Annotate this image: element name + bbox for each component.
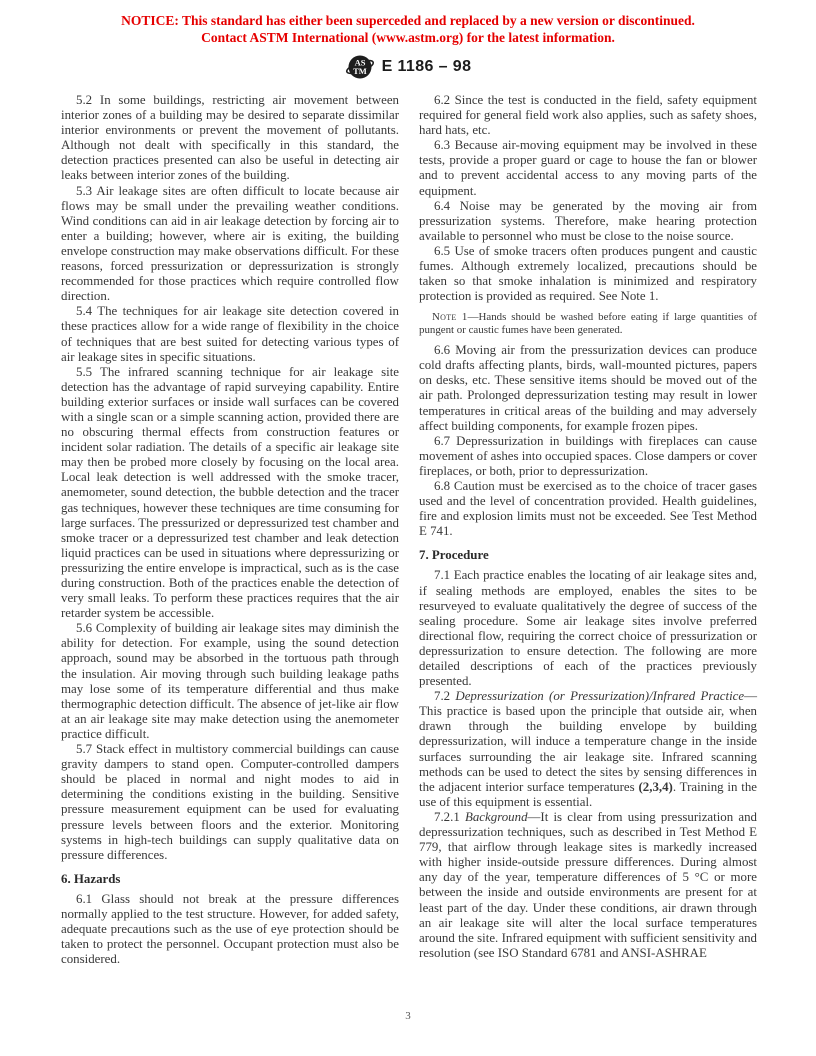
text-run: 5.5 The infrared scanning technique for … [61, 365, 399, 621]
text-run: 7. Procedure [419, 548, 489, 562]
text-run: Background [465, 810, 528, 824]
notice-line-1: NOTICE: This standard has either been su… [0, 12, 816, 29]
text-run: 5.4 The techniques for air leakage site … [61, 304, 399, 363]
text-run: 6.6 Moving air from the pressurization d… [419, 343, 757, 432]
text-run: 7.2.1 [434, 810, 465, 824]
text-run: 6.3 Because air-moving equipment may be … [419, 138, 757, 197]
text-run: —This practice is based upon the princip… [419, 689, 757, 794]
paragraph: 5.4 The techniques for air leakage site … [61, 304, 399, 364]
page-number: 3 [0, 1010, 816, 1022]
paragraph: 6.8 Caution must be exercised as to the … [419, 479, 757, 539]
paragraph: 6.4 Noise may be generated by the moving… [419, 199, 757, 244]
paragraph: 5.7 Stack effect in multistory commercia… [61, 742, 399, 863]
text-run: Depressurization (or Pressurization)/Inf… [455, 689, 744, 703]
column-right: 6.2 Since the test is conducted in the f… [419, 93, 757, 967]
paragraph: 7.2.1 Background—It is clear from using … [419, 810, 757, 961]
paragraph: 7.2 Depressurization (or Pressurization)… [419, 689, 757, 810]
document-body: 5.2 In some buildings, restricting air m… [0, 83, 816, 967]
text-run: 5.7 Stack effect in multistory commercia… [61, 742, 399, 862]
astm-logo-icon: AS TM [345, 52, 375, 82]
standard-designation: E 1186 – 98 [382, 58, 472, 76]
notice-line-2: Contact ASTM International (www.astm.org… [0, 29, 816, 46]
paragraph: 6.7 Depressurization in buildings with f… [419, 434, 757, 479]
svg-text:TM: TM [353, 66, 367, 76]
paragraph: 6.5 Use of smoke tracers often produces … [419, 244, 757, 304]
paragraph: 6.6 Moving air from the pressurization d… [419, 343, 757, 434]
text-run: 6.4 Noise may be generated by the moving… [419, 199, 757, 243]
paragraph: 7.1 Each practice enables the locating o… [419, 568, 757, 689]
text-run: 6.7 Depressurization in buildings with f… [419, 434, 757, 478]
text-run: —Hands should be washed before eating if… [419, 311, 757, 336]
text-run: 6.8 Caution must be exercised as to the … [419, 479, 757, 538]
masthead: AS TM E 1186 – 98 [0, 51, 816, 83]
section-heading: 7. Procedure [419, 548, 757, 563]
column-left: 5.2 In some buildings, restricting air m… [61, 93, 399, 967]
text-run: 7.2 [434, 689, 455, 703]
text-run: 5.6 Complexity of building air leakage s… [61, 621, 399, 741]
text-run: 5.2 In some buildings, restricting air m… [61, 93, 399, 182]
text-run: 7.1 Each practice enables the locating o… [419, 568, 757, 688]
section-heading: 6. Hazards [61, 872, 399, 887]
document-page: NOTICE: This standard has either been su… [0, 0, 816, 1056]
text-run: 6.1 Glass should not break at the pressu… [61, 892, 399, 966]
text-run: (2,3,4) [638, 780, 672, 794]
supersession-notice: NOTICE: This standard has either been su… [0, 0, 816, 46]
paragraph: 6.3 Because air-moving equipment may be … [419, 138, 757, 198]
paragraph: 6.1 Glass should not break at the pressu… [61, 892, 399, 967]
text-run: Note 1 [432, 311, 468, 323]
text-run: 6.2 Since the test is conducted in the f… [419, 93, 757, 137]
text-run: 6.5 Use of smoke tracers often produces … [419, 244, 757, 303]
paragraph: 6.2 Since the test is conducted in the f… [419, 93, 757, 138]
paragraph: 5.2 In some buildings, restricting air m… [61, 93, 399, 184]
text-run: 5.3 Air leakage sites are often difficul… [61, 184, 399, 304]
text-run: —It is clear from using pressurization a… [419, 810, 757, 960]
note-paragraph: Note 1—Hands should be washed before eat… [419, 311, 757, 337]
paragraph: 5.3 Air leakage sites are often difficul… [61, 184, 399, 305]
text-run: 6. Hazards [61, 872, 120, 886]
paragraph: 5.5 The infrared scanning technique for … [61, 365, 399, 622]
paragraph: 5.6 Complexity of building air leakage s… [61, 621, 399, 742]
